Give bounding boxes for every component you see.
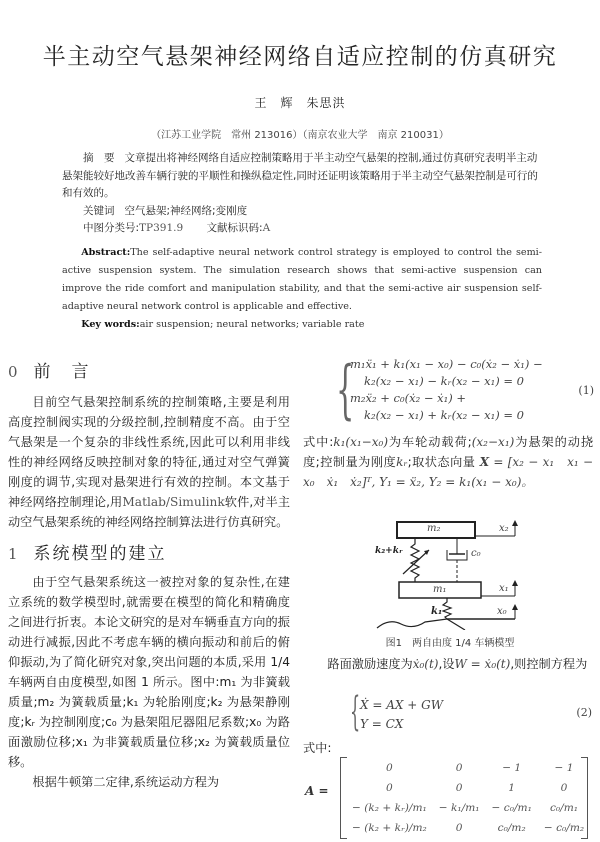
equation-1-number: (1) — [578, 384, 594, 397]
equation-2: { Ẋ = AX + GW Y = CX (2) — [350, 694, 596, 736]
abstract-cn: 摘 要 文章提出将神经网络自适应控制策略用于半主动空气悬架的控制,通过仿真研究表… — [62, 150, 542, 238]
label-k1: k₁ — [431, 606, 442, 617]
explain-math-x: (x₂−x₁) — [472, 435, 515, 449]
road-excitation-text: 路面激励速度为ẋ₀(t),设W = ẋ₀(t),则控制方程为 — [303, 654, 593, 674]
explain-prefix: 式中: — [303, 435, 333, 449]
section-1-para: 由于空气悬架系统这一被控对象的复杂性,在建立系统的数学模型时,就需要在模型的简化… — [8, 572, 290, 772]
matrix-cell: − c₀/m₁ — [486, 798, 538, 818]
road-text3: ,则控制方程为 — [510, 657, 587, 671]
matrix-cell: 0 — [433, 778, 486, 798]
section-1-heading: 1系统模型的建立 — [8, 544, 290, 564]
section-1-title: 系统模型的建立 — [34, 544, 167, 564]
road-text2: ,设 — [438, 657, 454, 671]
matrix-cell: − (k₂ + kᵣ)/m₁ — [346, 798, 433, 818]
label-x0: x₀ — [497, 606, 507, 617]
explain-math-X: X — [480, 455, 489, 469]
eq1-line3: m₂ẍ₂ + c₀(ẋ₂ − ẋ₁) + — [350, 390, 543, 407]
matrix-cell: 0 — [433, 758, 486, 778]
label-k2kr: k₂+kᵣ — [375, 546, 403, 556]
explain-text2: 为车轮动载荷; — [388, 435, 472, 449]
keywords-cn: 关键词 空气悬架;神经网络;变刚度 — [62, 203, 542, 221]
eq1-line2: k₂(x₂ − x₁) − kᵣ(x₂ − x₁) = 0 — [350, 373, 543, 390]
matrix-right-bracket — [581, 757, 588, 839]
equation-1-lines: m₁ẍ₁ + k₁(x₁ − x₀) − c₀(ẋ₂ − ẋ₁) − k₂(x₂… — [350, 356, 543, 424]
equation-2-number: (2) — [576, 706, 592, 719]
clc-label: 中图分类号: — [83, 222, 139, 234]
matrix-cell: − 1 — [486, 758, 538, 778]
keywords-en-value: air suspension; neural networks; variabl… — [140, 319, 365, 330]
eq1-explanation: 式中:k₁(x₁−x₀)为车轮动载荷;(x₂−x₁)为悬架的动挠度;控制量为刚度… — [303, 432, 593, 492]
matrix-A-label: A = — [305, 784, 329, 798]
keywords-cn-label: 关键词 — [83, 205, 115, 217]
road-math2: W = ẋ₀(t) — [455, 657, 511, 671]
figure-1-caption: 图1 两自由度 1/4 车辆模型 — [300, 634, 600, 649]
section-1-number: 1 — [8, 545, 20, 563]
road-excitation-para: 路面激励速度为ẋ₀(t),设W = ẋ₀(t),则控制方程为 — [303, 654, 593, 674]
affiliations: （江苏工业学院 常州 213016）（南京农业大学 南京 210031） — [0, 126, 600, 141]
eq2-line1: Ẋ = AX + GW — [360, 696, 443, 715]
left-column: 0前 言 目前空气悬架控制系统的控制策略,主要是利用高度控制阀实现的分级控制,控… — [8, 362, 290, 792]
abstract-en-label: Abstract: — [81, 247, 130, 258]
eq1-line4: k₂(x₂ − x₁) + kᵣ(x₂ − x₁) = 0 — [350, 407, 543, 424]
abstract-cn-para: 摘 要 文章提出将神经网络自适应控制策略用于半主动空气悬架的控制,通过仿真研究表… — [62, 150, 542, 203]
matrix-cell: 0 — [346, 758, 433, 778]
eq1-line1: m₁ẍ₁ + k₁(x₁ − x₀) − c₀(ẋ₂ − ẋ₁) − — [350, 356, 543, 373]
matrix-cell: 1 — [486, 778, 538, 798]
figure-1-diagram: m₂ m₁ k₂+kᵣ c₀ k₁ x₂ x₁ x₀ — [375, 518, 540, 630]
left-brace-2: { — [350, 690, 360, 734]
label-m2: m₂ — [427, 523, 441, 534]
quarter-car-model-svg — [375, 518, 540, 630]
label-x2: x₂ — [499, 523, 509, 534]
keywords-cn-value: 空气悬架;神经网络;变刚度 — [125, 205, 248, 217]
section-0-title: 前 言 — [34, 362, 91, 382]
matrix-cell: c₀/m₂ — [486, 818, 538, 838]
road-text1: 路面激励速度为 — [327, 657, 412, 671]
section-0-heading: 0前 言 — [8, 362, 290, 382]
classification: 中图分类号:TP391.9 文献标识码:A — [62, 220, 542, 238]
matrix-A: 0 0 − 1 − 1 0 0 1 0 − (k₂ + kᵣ)/m₁ − k₁/… — [340, 757, 588, 839]
label-m1: m₁ — [433, 584, 447, 595]
abstract-en-text: The self-adaptive neural network control… — [62, 247, 542, 312]
eq2-line2: Y = CX — [360, 715, 443, 734]
matrix-cell: − k₁/m₁ — [433, 798, 486, 818]
doc-code-label: 文献标识码: — [207, 222, 263, 234]
road-math1: ẋ₀(t) — [413, 657, 439, 671]
matrix-cell: 0 — [346, 778, 433, 798]
eq1-explanation-para: 式中:k₁(x₁−x₀)为车轮动载荷;(x₂−x₁)为悬架的动挠度;控制量为刚度… — [303, 432, 593, 492]
clc-value: TP391.9 — [139, 222, 183, 234]
matrix-cell: 0 — [433, 818, 486, 838]
matrix-row: − (k₂ + kᵣ)/m₁ − k₁/m₁ − c₀/m₁ c₀/m₁ — [346, 798, 590, 818]
section-1-para2: 根据牛顿第二定律,系统运动方程为 — [8, 772, 290, 792]
equation-1: { m₁ẍ₁ + k₁(x₁ − x₀) − c₀(ẋ₂ − ẋ₁) − k₂(… — [336, 354, 596, 430]
abstract-cn-line1: 文章提出将神经网络自适应控制策略用于半主动空气悬架的控制,通过仿真研究表 — [125, 152, 496, 164]
keywords-en: Key words:air suspension; neural network… — [62, 316, 542, 334]
explain-text4: ;取状态向量 — [408, 455, 476, 469]
equation-2-lines: Ẋ = AX + GW Y = CX — [360, 696, 443, 734]
keywords-en-label: Key words: — [81, 319, 140, 330]
explain-math-k1: k₁(x₁−x₀) — [333, 435, 388, 449]
matrix-row: − (k₂ + kᵣ)/m₂ 0 c₀/m₂ − c₀/m₂ — [346, 818, 590, 838]
label-c0: c₀ — [471, 548, 481, 559]
matrix-cell: − (k₂ + kᵣ)/m₂ — [346, 818, 433, 838]
section-0-number: 0 — [8, 363, 20, 381]
explain-math-kr: kᵣ — [396, 455, 407, 469]
paper-title: 半主动空气悬架神经网络自适应控制的仿真研究 — [0, 38, 600, 71]
authors: 王 辉 朱思洪 — [0, 94, 600, 111]
section-0-para: 目前空气悬架控制系统的控制策略,主要是利用高度控制阀实现的分级控制,控制精度不高… — [8, 392, 290, 532]
section-0-text: 目前空气悬架控制系统的控制策略,主要是利用高度控制阀实现的分级控制,控制精度不高… — [8, 395, 290, 509]
abstract-cn-label: 摘 要 — [83, 152, 115, 164]
doc-code-value: A — [263, 222, 271, 234]
matrix-A-table: 0 0 − 1 − 1 0 0 1 0 − (k₂ + kᵣ)/m₁ − k₁/… — [346, 758, 590, 838]
abstract-en: Abstract:The self-adaptive neural networ… — [62, 244, 542, 334]
abstract-en-para: Abstract:The self-adaptive neural networ… — [62, 244, 542, 316]
matrix-row: 0 0 1 0 — [346, 778, 590, 798]
matrix-intro: 式中: — [303, 738, 331, 758]
software-name: Matlab/Simulink — [122, 495, 224, 509]
matrix-row: 0 0 − 1 − 1 — [346, 758, 590, 778]
label-x1: x₁ — [499, 583, 509, 594]
matrix-left-bracket — [340, 757, 347, 839]
